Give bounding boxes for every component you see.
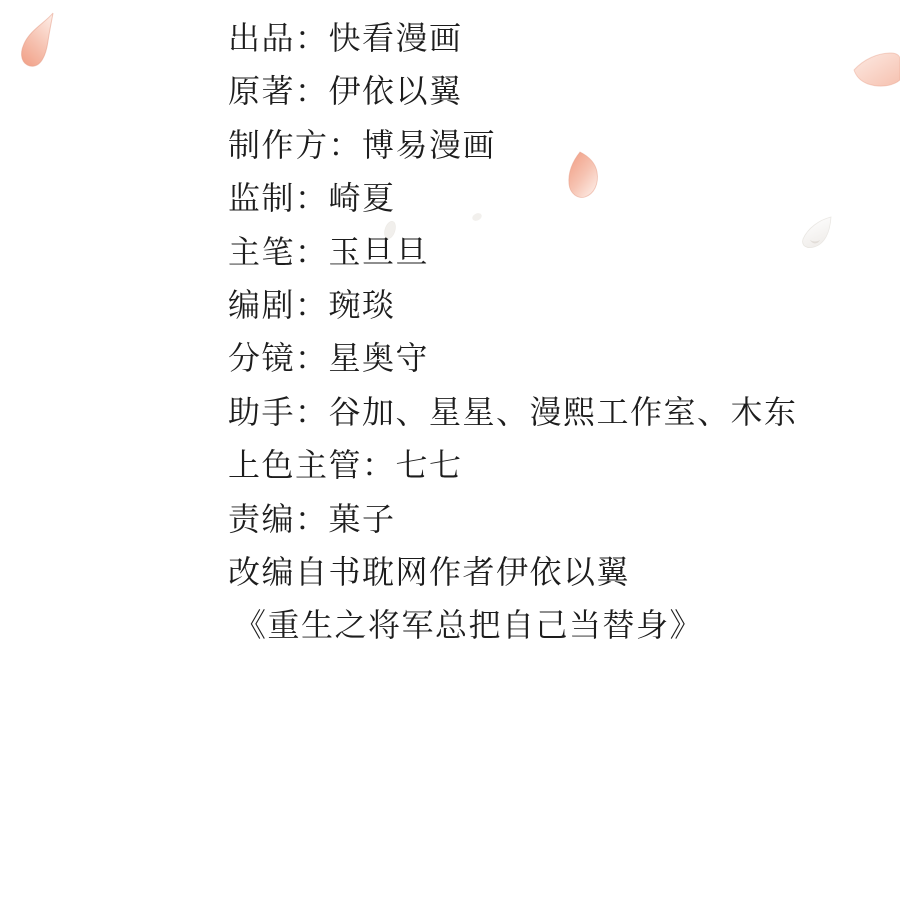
credit-line: 《重生之将军总把自己当替身》 xyxy=(228,599,868,652)
credit-line: 上色主管：七七 xyxy=(228,439,868,492)
credits-page: { "page": { "background_color": "#ffffff… xyxy=(0,0,900,900)
credit-line: 监制：崎夏 xyxy=(228,172,868,225)
credit-line: 改编自书耽网作者伊依以翼 xyxy=(228,546,868,599)
credit-line: 原著：伊依以翼 xyxy=(228,65,868,118)
credit-line: 分镜：星奥守 xyxy=(228,332,868,385)
credit-line: 制作方：博易漫画 xyxy=(228,119,868,172)
credit-line: 编剧：琬琰 xyxy=(228,279,868,332)
credit-line: 责编：菓子 xyxy=(228,493,868,546)
credit-line: 出品：快看漫画 xyxy=(228,12,868,65)
credit-line: 助手：谷加、星星、漫熙工作室、木东 xyxy=(228,386,868,439)
credits-block: 出品：快看漫画原著：伊依以翼制作方：博易漫画监制：崎夏主笔：玉旦旦编剧：琬琰分镜… xyxy=(228,12,868,653)
credit-line: 主笔：玉旦旦 xyxy=(228,226,868,279)
petal-top-left-icon xyxy=(15,9,59,71)
